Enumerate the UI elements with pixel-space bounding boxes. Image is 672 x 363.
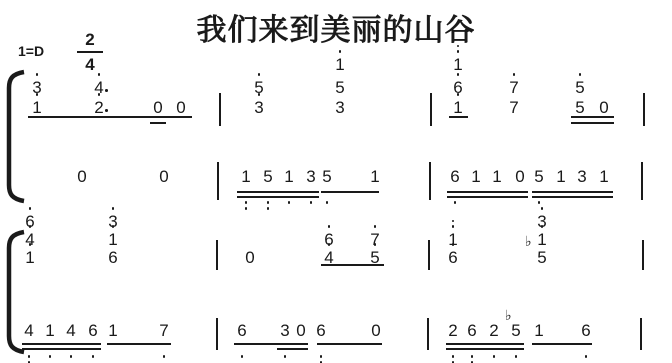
beam-underline bbox=[446, 343, 524, 345]
octave-dot-above bbox=[98, 73, 101, 76]
octave-dot-above bbox=[374, 243, 377, 246]
note-digit: 5 bbox=[258, 168, 278, 185]
octave-dot-below bbox=[284, 355, 287, 358]
octave-dot-below bbox=[452, 355, 455, 358]
octave-dot-below bbox=[245, 201, 248, 204]
octave-dot-above bbox=[452, 220, 455, 223]
barline bbox=[428, 240, 430, 270]
note-digit: 5 bbox=[317, 168, 337, 185]
augmentation-dot bbox=[105, 89, 108, 92]
beam-underline bbox=[150, 122, 166, 124]
barline bbox=[430, 93, 432, 126]
barline bbox=[642, 240, 644, 270]
beam-underline bbox=[234, 343, 308, 345]
beam-underline bbox=[446, 348, 524, 350]
note-digit: 1 bbox=[40, 322, 60, 339]
octave-dot-above bbox=[452, 225, 455, 228]
note-digit: 6 bbox=[462, 322, 482, 339]
octave-dot-below bbox=[70, 355, 73, 358]
note-digit: 3 bbox=[330, 99, 350, 116]
barline bbox=[429, 162, 431, 200]
octave-dot-above bbox=[36, 73, 39, 76]
barline bbox=[641, 162, 643, 200]
note-digit: 4 bbox=[61, 322, 81, 339]
beam-underline bbox=[532, 196, 613, 198]
octave-dot-below bbox=[471, 355, 474, 358]
octave-dot-below bbox=[310, 201, 313, 204]
beam-underline bbox=[571, 116, 614, 118]
note-digit: 6 bbox=[445, 168, 465, 185]
note-digit: 6 bbox=[576, 322, 596, 339]
note-digit: 7 bbox=[504, 99, 524, 116]
beam-underline bbox=[447, 191, 528, 193]
time-signature-numerator: 2 bbox=[76, 31, 104, 48]
octave-dot-above bbox=[339, 50, 342, 53]
note-digit: 1♭ bbox=[532, 231, 552, 248]
note-digit: 1 bbox=[448, 99, 468, 116]
note-digit: 1 bbox=[365, 168, 385, 185]
octave-dot-above bbox=[36, 93, 39, 96]
octave-dot-below bbox=[267, 207, 270, 210]
barline bbox=[217, 162, 219, 200]
note-digit: 0 bbox=[148, 99, 168, 116]
octave-dot-below bbox=[288, 201, 291, 204]
beam-underline bbox=[22, 348, 101, 350]
octave-dot-above bbox=[328, 225, 331, 228]
flat-sign-icon: ♭ bbox=[505, 308, 512, 322]
octave-dot-below bbox=[326, 201, 329, 204]
note-digit: 3 bbox=[249, 99, 269, 116]
note-digit: 1 bbox=[236, 168, 256, 185]
octave-dot-above bbox=[29, 225, 32, 228]
beam-underline bbox=[321, 264, 384, 266]
note-digit: 0 bbox=[594, 99, 614, 116]
octave-dot-above bbox=[452, 243, 455, 246]
flat-sign-icon: ♭ bbox=[525, 234, 532, 248]
key-signature: 1=D bbox=[18, 44, 44, 58]
barline bbox=[216, 318, 218, 350]
octave-dot-above bbox=[328, 243, 331, 246]
octave-dot-above bbox=[112, 207, 115, 210]
octave-dot-below bbox=[320, 355, 323, 358]
octave-dot-below bbox=[241, 355, 244, 358]
note-digit: 0 bbox=[291, 322, 311, 339]
octave-dot-above bbox=[374, 225, 377, 228]
barline bbox=[643, 93, 645, 126]
beam-underline bbox=[571, 122, 614, 124]
octave-dot-below bbox=[49, 355, 52, 358]
octave-dot-below bbox=[538, 201, 541, 204]
note-digit: 5♭ bbox=[506, 322, 526, 339]
note-digit: 2 bbox=[89, 99, 109, 116]
beam-underline bbox=[447, 196, 528, 198]
note-digit: 1 bbox=[466, 168, 486, 185]
note-digit: 1 bbox=[279, 168, 299, 185]
octave-dot-above bbox=[457, 50, 460, 53]
beam-underline bbox=[22, 343, 101, 345]
octave-dot-below bbox=[585, 355, 588, 358]
note-digit: 1 bbox=[551, 168, 571, 185]
note-digit: 7 bbox=[154, 322, 174, 339]
note-digit: 2 bbox=[443, 322, 463, 339]
note-digit: 5 bbox=[330, 79, 350, 96]
note-digit: 1 bbox=[103, 322, 123, 339]
note-digit: 6 bbox=[103, 249, 123, 266]
note-digit: 6 bbox=[232, 322, 252, 339]
octave-dot-below bbox=[163, 355, 166, 358]
note-digit: 1 bbox=[103, 231, 123, 248]
time-signature: 2 4 bbox=[76, 31, 104, 73]
score-page: 我们来到美丽的山谷 1=D 2 4 3142005315316177550001… bbox=[0, 0, 672, 363]
octave-dot-below bbox=[28, 355, 31, 358]
barline bbox=[427, 318, 429, 350]
note-digit: 4 bbox=[19, 322, 39, 339]
beam-underline bbox=[532, 191, 613, 193]
beam-underline bbox=[449, 116, 468, 118]
note-digit: 0 bbox=[240, 249, 260, 266]
octave-dot-above bbox=[29, 243, 32, 246]
note-digit: 7 bbox=[504, 79, 524, 96]
octave-dot-below bbox=[92, 355, 95, 358]
augmentation-dot bbox=[105, 109, 108, 112]
time-signature-fraction-bar bbox=[77, 51, 103, 53]
note-digit: 6 bbox=[311, 322, 331, 339]
octave-dot-above bbox=[541, 225, 544, 228]
note-digit: 1 bbox=[448, 56, 468, 73]
note-digit: 1 bbox=[529, 322, 549, 339]
octave-dot-above bbox=[29, 207, 32, 210]
note-digit: 5 bbox=[570, 79, 590, 96]
octave-dot-above bbox=[258, 93, 261, 96]
note-digit: 1 bbox=[594, 168, 614, 185]
beam-underline bbox=[237, 196, 319, 198]
note-digit: 6 bbox=[443, 249, 463, 266]
beam-underline bbox=[28, 116, 192, 118]
beam-underline bbox=[237, 191, 319, 193]
octave-dot-below bbox=[245, 207, 248, 210]
beam-underline bbox=[277, 348, 308, 350]
beam-underline bbox=[107, 343, 171, 345]
octave-dot-above bbox=[98, 93, 101, 96]
beam-underline bbox=[317, 343, 382, 345]
octave-dot-below bbox=[493, 355, 496, 358]
octave-dot-below bbox=[267, 201, 270, 204]
note-digit: 1 bbox=[20, 249, 40, 266]
note-digit: 5 bbox=[532, 249, 552, 266]
barline bbox=[219, 93, 221, 126]
octave-dot-below bbox=[515, 355, 518, 358]
octave-dot-above bbox=[579, 73, 582, 76]
note-digit: 0 bbox=[366, 322, 386, 339]
beam-underline bbox=[532, 343, 592, 345]
note-digit: 5 bbox=[529, 168, 549, 185]
octave-dot-above bbox=[541, 207, 544, 210]
note-digit: 1 bbox=[330, 56, 350, 73]
octave-dot-above bbox=[112, 225, 115, 228]
octave-dot-above bbox=[457, 73, 460, 76]
note-digit: 0 bbox=[171, 99, 191, 116]
beam-underline bbox=[321, 191, 379, 193]
note-digit: 1 bbox=[487, 168, 507, 185]
note-digit: 5 bbox=[570, 99, 590, 116]
octave-dot-above bbox=[513, 73, 516, 76]
note-digit: 0 bbox=[510, 168, 530, 185]
note-digit: 3 bbox=[572, 168, 592, 185]
octave-dot-below bbox=[454, 201, 457, 204]
note-digit: 6 bbox=[83, 322, 103, 339]
note-digit: 1 bbox=[27, 99, 47, 116]
note-digit: 0 bbox=[72, 168, 92, 185]
note-digit: 0 bbox=[154, 168, 174, 185]
octave-dot-above bbox=[457, 93, 460, 96]
barline bbox=[640, 318, 642, 350]
octave-dot-above bbox=[258, 73, 261, 76]
barline bbox=[216, 240, 218, 270]
note-digit: 2 bbox=[484, 322, 504, 339]
time-signature-denominator: 4 bbox=[76, 56, 104, 73]
